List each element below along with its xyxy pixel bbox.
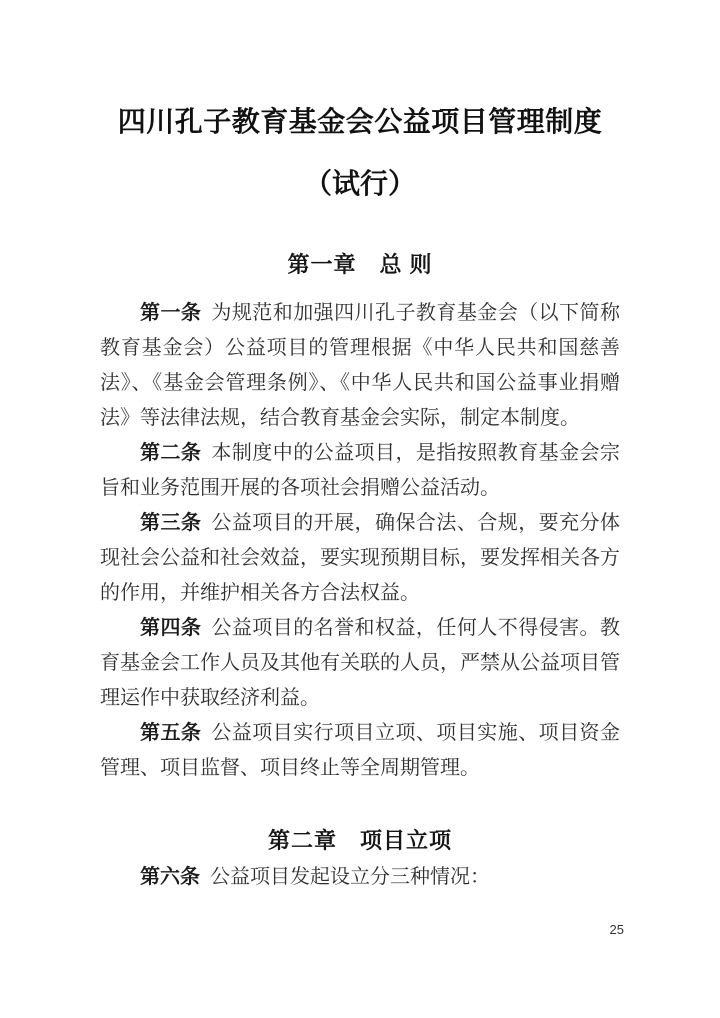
chapter-heading-2: 第二章 项目立项 <box>100 826 620 856</box>
document-page: 四川孔子教育基金会公益项目管理制度 （试行） 第一章 总 则 第一条为规范和加强… <box>0 0 720 1018</box>
document-subtitle: （试行） <box>100 168 620 202</box>
article-paragraph-1: 第一条为规范和加强四川孔子教育基金会（以下简称教育基金会）公益项目的管理根据《中… <box>100 296 620 436</box>
article-paragraph-5: 第五条公益项目实行项目立项、项目实施、项目资金管理、项目监督、项目终止等全周期管… <box>100 716 620 786</box>
page-number: 25 <box>610 922 624 938</box>
article-label-1: 第一条 <box>140 302 201 324</box>
article-paragraph-4: 第四条公益项目的名誉和权益，任何人不得侵害。教育基金会工作人员及其他有关联的人员… <box>100 611 620 716</box>
article-text-6: 公益项目发起设立分三种情况： <box>210 866 490 888</box>
article-label-5: 第五条 <box>140 722 201 744</box>
article-paragraph-3: 第三条公益项目的开展，确保合法、合规，要充分体现社会公益和社会效益，要实现预期目… <box>100 506 620 611</box>
article-paragraph-6: 第六条公益项目发起设立分三种情况： <box>100 860 620 895</box>
article-paragraph-2: 第二条本制度中的公益项目，是指按照教育基金会宗旨和业务范围开展的各项社会捐赠公益… <box>100 436 620 506</box>
article-label-4: 第四条 <box>140 617 201 639</box>
document-title: 四川孔子教育基金会公益项目管理制度 <box>100 106 620 140</box>
article-label-3: 第三条 <box>140 512 201 534</box>
chapter-heading-1: 第一章 总 则 <box>100 250 620 280</box>
article-label-6: 第六条 <box>140 866 200 888</box>
article-label-2: 第二条 <box>140 442 201 464</box>
